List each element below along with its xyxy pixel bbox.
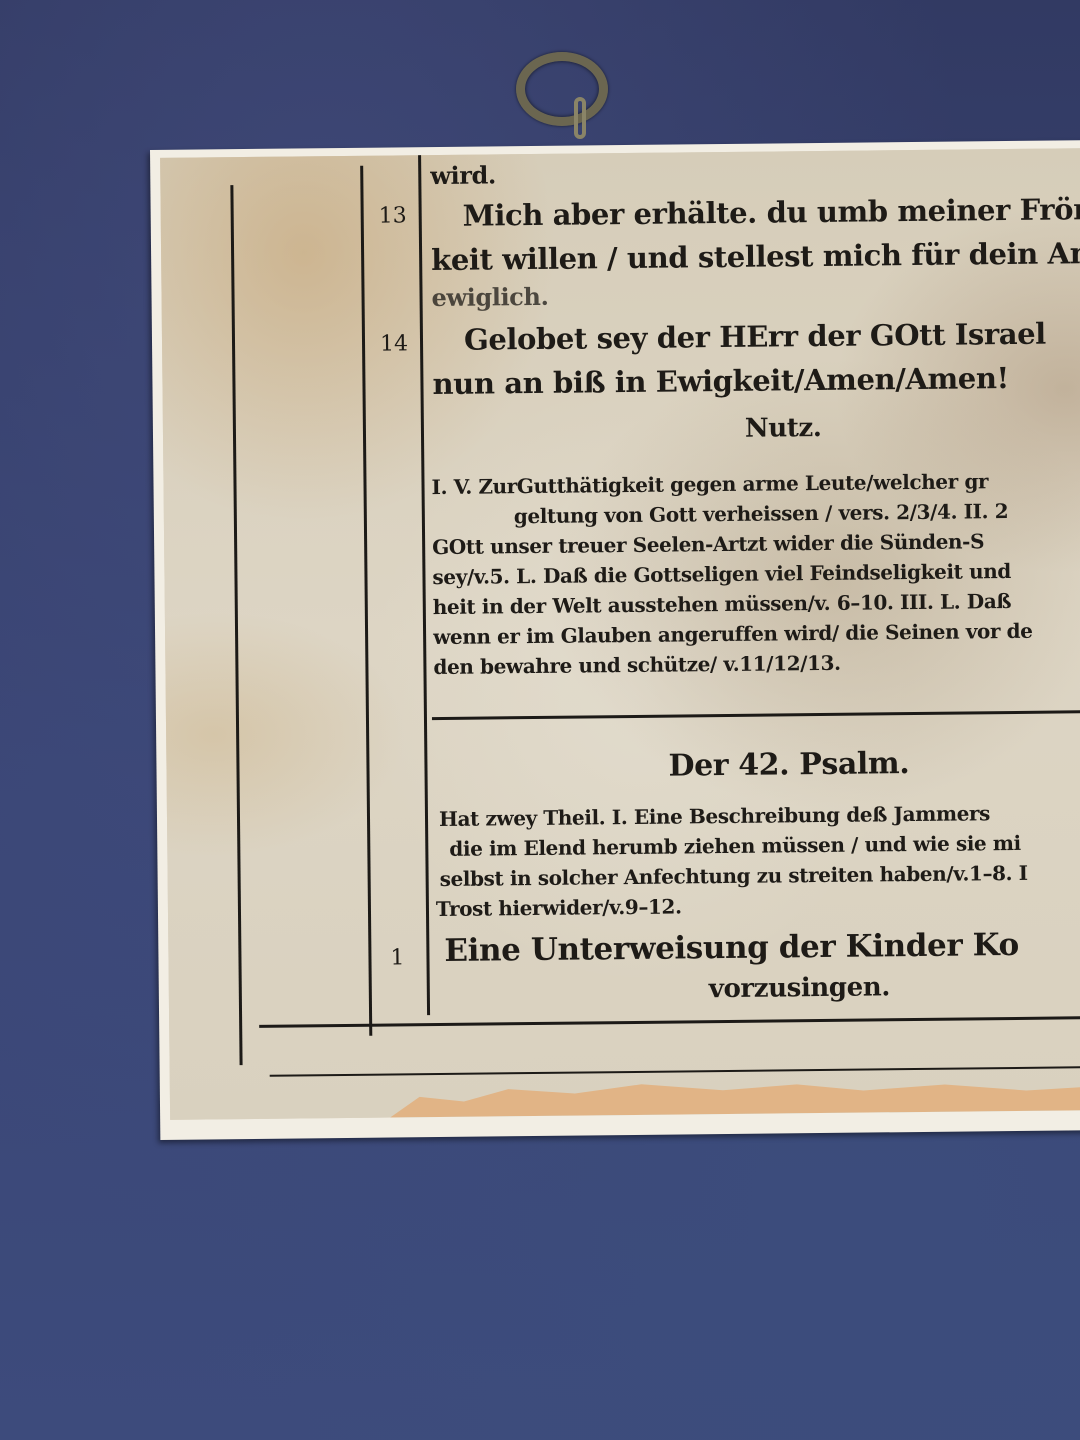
nutz-line: den bewahre und schütze/ v.11/12/13. [433, 651, 840, 679]
bottom-rule-1 [259, 1016, 1080, 1028]
psalm-title: Der 42. Psalm. [668, 746, 909, 784]
hanging-ring [516, 52, 608, 126]
psalm-summary-line: die im Elend herumb ziehen müssen / und … [449, 831, 1021, 861]
nutz-line: I. V. ZurGutthätigkeit gegen arme Leute/… [431, 469, 988, 499]
nutz-line: heit in der Welt ausstehen müssen/v. 6–1… [433, 589, 1012, 619]
verse-number: 14 [380, 331, 408, 356]
verse-line: Gelobet sey der HErr der GOtt Israel [464, 317, 1046, 357]
printed-page: wird. 13 Mich aber erhälte. du umb meine… [160, 148, 1080, 1120]
psalm-summary-line: selbst in solcher Anfechtung zu streiten… [440, 861, 1028, 891]
verse-line: Mich aber erhälte. du umb meiner Frön [463, 192, 1080, 233]
verse-line: ewiglich. [431, 282, 548, 312]
nutz-line: GOtt unser treuer Seelen-Artzt wider die… [432, 529, 984, 559]
nutz-divider-rule [432, 710, 1080, 720]
bottom-rule-2 [270, 1066, 1080, 1077]
psalm-verse-line: Eine Unterweisung der Kinder Ko [444, 927, 1019, 969]
psalm-summary-line: Hat zwey Theil. I. Eine Beschreibung deß… [439, 801, 990, 831]
plaque: wird. 13 Mich aber erhälte. du umb meine… [150, 140, 1080, 1140]
nutz-line: geltung von Gott verheissen / vers. 2/3/… [514, 499, 1009, 528]
verse-number: 13 [379, 203, 407, 228]
psalm-summary-line: Trost hierwider/v.9–12. [436, 894, 682, 921]
verse-line: keit willen / und stellest mich für dein… [431, 236, 1080, 277]
outer-margin-rule [230, 185, 242, 1065]
nutz-line: wenn er im Glauben angeruffen wird/ die … [433, 619, 1033, 649]
nutz-line: sey/v.5. L. Daß die Gottseligen viel Fei… [432, 559, 1011, 589]
psalm-verse-line: vorzusingen. [709, 972, 890, 1004]
inner-margin-rule [360, 166, 372, 1036]
verse-line: nun an biß in Ewigkeit/Amen/Amen! [432, 361, 1009, 401]
ring-eyelet [574, 97, 586, 139]
exposed-wood-tear [390, 1076, 1080, 1118]
verse-number-rule [418, 155, 430, 1015]
verse-number: 1 [390, 945, 404, 970]
nutz-heading: Nutz. [745, 413, 822, 444]
verse-line: wird. [430, 160, 496, 190]
